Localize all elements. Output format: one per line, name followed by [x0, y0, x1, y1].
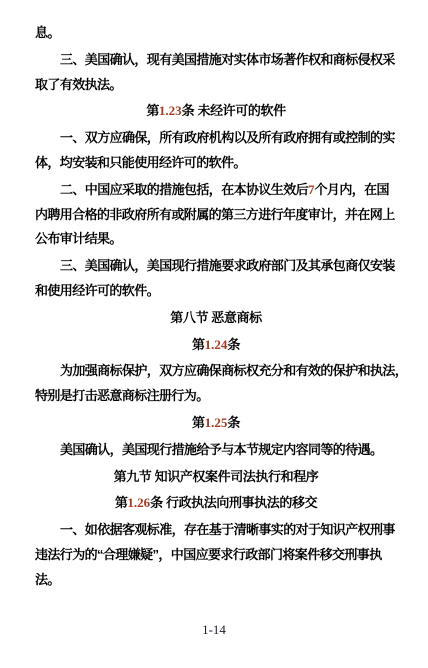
article-number: 1.24	[205, 337, 228, 352]
text-line: 内聘用合格的非政府所有或附属的第三方进行年度审计，并在网上	[35, 203, 397, 228]
text-segment: 一、双方应确保，所有政府机构以及所有政府拥有或控制的实	[60, 130, 395, 145]
text-line: 美国确认，美国现行措施给予与本节规定内容同等的待遇。	[35, 438, 397, 463]
text-segment: 为加强商标保护，双方应确保商标权充分和有效的保护和执法，	[60, 363, 407, 378]
text-segment: 一、如依据客观标准，存在基于清晰事实的对于知识产权刑事	[60, 522, 395, 537]
text-segment: 第九节 知识产权案件司法执行和程序	[114, 469, 319, 484]
text-segment: 条 未经许可的软件	[182, 103, 286, 118]
text-segment: 第	[146, 103, 159, 118]
text-segment: 美国确认，美国现行措施给予与本节规定内容同等的待遇。	[60, 442, 382, 457]
text-segment: 和使用经许可的软件。	[35, 283, 159, 298]
text-line: 一、双方应确保，所有政府机构以及所有政府拥有或控制的实	[35, 126, 397, 151]
text-segment: 二、中国应采取的措施包括，在本协议生效后	[60, 182, 308, 197]
text-segment: 三、美国确认，美国现行措施要求政府部门及其承包商仅安装	[60, 258, 395, 273]
heading-line: 第1.26条 行政执法向刑事执法的移交	[35, 491, 397, 516]
text-segment: 特别是打击恶意商标注册行为。	[35, 388, 209, 403]
text-line: 取了有效执法。	[35, 73, 397, 98]
text-segment: 个月内，在国	[315, 182, 389, 197]
text-line: 三、美国确认，美国现行措施要求政府部门及其承包商仅安装	[35, 254, 397, 279]
heading-line: 第九节 知识产权案件司法执行和程序	[35, 465, 397, 490]
text-line: 法。	[35, 568, 397, 593]
text-line: 为加强商标保护，双方应确保商标权充分和有效的保护和执法，	[35, 359, 397, 384]
text-segment: 公布审计结果。	[35, 231, 122, 246]
text-segment: 条	[227, 337, 240, 352]
text-segment: 条	[227, 415, 240, 430]
text-line: 三、美国确认，现有美国措施对实体市场著作权和商标侵权采	[35, 48, 397, 73]
text-segment: 第八节 恶意商标	[170, 310, 261, 325]
text-line: 息。	[35, 21, 397, 46]
text-segment: 条 行政执法向刑事执法的移交	[150, 495, 317, 510]
article-number: 1.23	[159, 103, 182, 118]
document-page: 息。三、美国确认，现有美国措施对实体市场著作权和商标侵权采取了有效执法。第1.2…	[0, 0, 428, 668]
text-line: 特别是打击恶意商标注册行为。	[35, 384, 397, 409]
text-segment: 息。	[35, 25, 60, 40]
text-segment: 取了有效执法。	[35, 77, 122, 92]
text-segment: 第	[192, 415, 205, 430]
article-number: 1.26	[127, 495, 150, 510]
text-line: 公布审计结果。	[35, 227, 397, 252]
heading-line: 第八节 恶意商标	[35, 306, 397, 331]
text-segment: 第	[192, 337, 205, 352]
heading-line: 第1.24条	[35, 333, 397, 358]
text-line: 二、中国应采取的措施包括，在本协议生效后7个月内，在国	[35, 178, 397, 203]
text-segment: 三、美国确认，现有美国措施对实体市场著作权和商标侵权采	[60, 52, 395, 67]
text-segment: 法。	[35, 572, 60, 587]
page-number: 1-14	[0, 622, 428, 638]
text-line: 违法行为的“合理嫌疑”，中国应要求行政部门将案件移交刑事执	[35, 543, 397, 568]
text-segment: 体，均安装和只能使用经许可的软件。	[35, 155, 246, 170]
text-line: 和使用经许可的软件。	[35, 279, 397, 304]
article-number: 1.25	[205, 415, 228, 430]
document-text-column: 息。三、美国确认，现有美国措施对实体市场著作权和商标侵权采取了有效执法。第1.2…	[35, 21, 397, 593]
heading-line: 第1.25条	[35, 411, 397, 436]
heading-line: 第1.23条 未经许可的软件	[35, 99, 397, 124]
text-segment: 内聘用合格的非政府所有或附属的第三方进行年度审计，并在网上	[35, 207, 395, 222]
text-line: 一、如依据客观标准，存在基于清晰事实的对于知识产权刑事	[35, 518, 397, 543]
text-segment: 第	[115, 495, 128, 510]
text-line: 体，均安装和只能使用经许可的软件。	[35, 151, 397, 176]
text-segment: 违法行为的“合理嫌疑”，中国应要求行政部门将案件移交刑事执	[35, 547, 382, 562]
